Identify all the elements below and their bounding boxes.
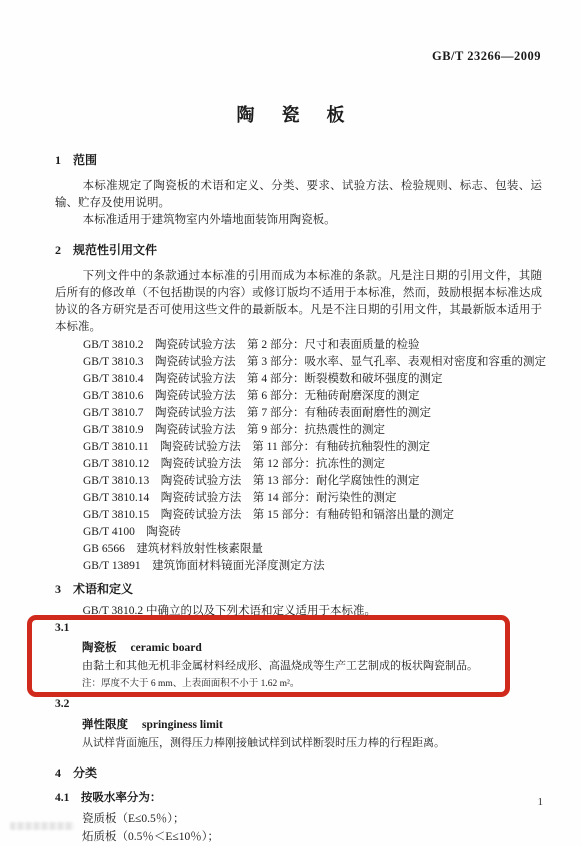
reference-item: GB/T 3810.2 陶瓷砖试验方法 第 2 部分：尺寸和表面质量的检验 <box>55 337 542 354</box>
reference-item: GB/T 3810.15 陶瓷砖试验方法 第 15 部分：有釉砖铅和镉溶出量的测… <box>55 507 542 524</box>
classification-item: 瓷质板（E≤0.5％）； <box>82 810 542 828</box>
term-note: 注：厚度不大于 6 mm、上表面面积不小于 1.62 m²。 <box>82 678 492 690</box>
term-number: 3.2 <box>55 698 542 711</box>
term-title: 弹性限度springiness limit <box>82 716 542 733</box>
section-classification-heading: 4 分类 <box>55 766 542 780</box>
document-page: GB/T 23266—2009 陶瓷板 1 范围 本标准规定了陶瓷板的术语和定义… <box>0 0 581 846</box>
scope-paragraph-1: 本标准规定了陶瓷板的术语和定义、分类、要求、试验方法、检验规则、标志、包装、运输… <box>55 178 542 212</box>
watermark-smudge <box>10 822 74 830</box>
standard-code: GB/T 23266—2009 <box>432 49 541 64</box>
term-name-en: springiness limit <box>142 719 223 731</box>
references-intro: 下列文件中的条款通过本标准的引用而成为本标准的条款。凡是注日期的引用文件，其随后… <box>55 268 542 336</box>
classification-subheading: 4.1 按吸水率分为： <box>55 791 542 805</box>
classification-item: 炻质板（0.5％＜E≤10％）； <box>82 828 542 846</box>
reference-item: GB/T 3810.14 陶瓷砖试验方法 第 14 部分：耐污染性的测定 <box>55 490 542 507</box>
term-block: 3.2 弹性限度springiness limit 从试样背面施压，测得压力棒刚… <box>55 698 542 751</box>
term-number: 3.1 <box>55 622 492 635</box>
document-title: 陶瓷板 <box>0 101 581 127</box>
reference-list: GB/T 3810.2 陶瓷砖试验方法 第 2 部分：尺寸和表面质量的检验 GB… <box>55 337 542 575</box>
section-terms-heading: 3 术语和定义 <box>55 582 542 596</box>
reference-item: GB/T 3810.6 陶瓷砖试验方法 第 6 部分：无釉砖耐磨深度的测定 <box>55 388 542 405</box>
classification-list: 瓷质板（E≤0.5％）； 炻质板（0.5％＜E≤10％）； <box>55 810 542 846</box>
term-definition: 由黏土和其他无机非金属材料经成形、高温烧成等生产工艺制成的板状陶瓷制品。 <box>82 659 492 674</box>
page-number: 1 <box>538 796 544 808</box>
section-scope-heading: 1 范围 <box>55 153 542 167</box>
reference-item: GB/T 3810.4 陶瓷砖试验方法 第 4 部分：断裂模数和破坏强度的测定 <box>55 371 542 388</box>
document-body: 1 范围 本标准规定了陶瓷板的术语和定义、分类、要求、试验方法、检验规则、标志、… <box>55 153 542 846</box>
reference-item: GB/T 3810.13 陶瓷砖试验方法 第 13 部分：耐化学腐蚀性的测定 <box>55 473 542 490</box>
reference-item: GB/T 13891 建筑饰面材料镜面光泽度测定方法 <box>55 558 542 575</box>
section-references-heading: 2 规范性引用文件 <box>55 243 542 257</box>
term-name-en: ceramic board <box>131 642 202 654</box>
reference-item: GB/T 3810.9 陶瓷砖试验方法 第 9 部分：抗热震性的测定 <box>55 422 542 439</box>
term-definition: 从试样背面施压，测得压力棒刚接触试样到试样断裂时压力棒的行程距离。 <box>82 736 542 751</box>
term-name: 弹性限度 <box>82 719 128 731</box>
reference-item: GB/T 4100 陶瓷砖 <box>55 524 542 541</box>
term-title: 陶瓷板ceramic board <box>82 639 492 656</box>
reference-item: GB/T 3810.3 陶瓷砖试验方法 第 3 部分：吸水率、显气孔率、表观相对… <box>55 354 542 371</box>
scope-paragraph-2: 本标准适用于建筑物室内外墙地面装饰用陶瓷板。 <box>55 212 542 229</box>
term-name: 陶瓷板 <box>82 642 117 654</box>
reference-item: GB/T 3810.7 陶瓷砖试验方法 第 7 部分：有釉砖表面耐磨性的测定 <box>55 405 542 422</box>
highlight-annotation: 3.1 陶瓷板ceramic board 由黏土和其他无机非金属材料经成形、高温… <box>27 615 510 697</box>
reference-item: GB/T 3810.11 陶瓷砖试验方法 第 11 部分：有釉砖抗釉裂性的测定 <box>55 439 542 456</box>
reference-item: GB/T 3810.12 陶瓷砖试验方法 第 12 部分：抗冻性的测定 <box>55 456 542 473</box>
reference-item: GB 6566 建筑材料放射性核素限量 <box>55 541 542 558</box>
